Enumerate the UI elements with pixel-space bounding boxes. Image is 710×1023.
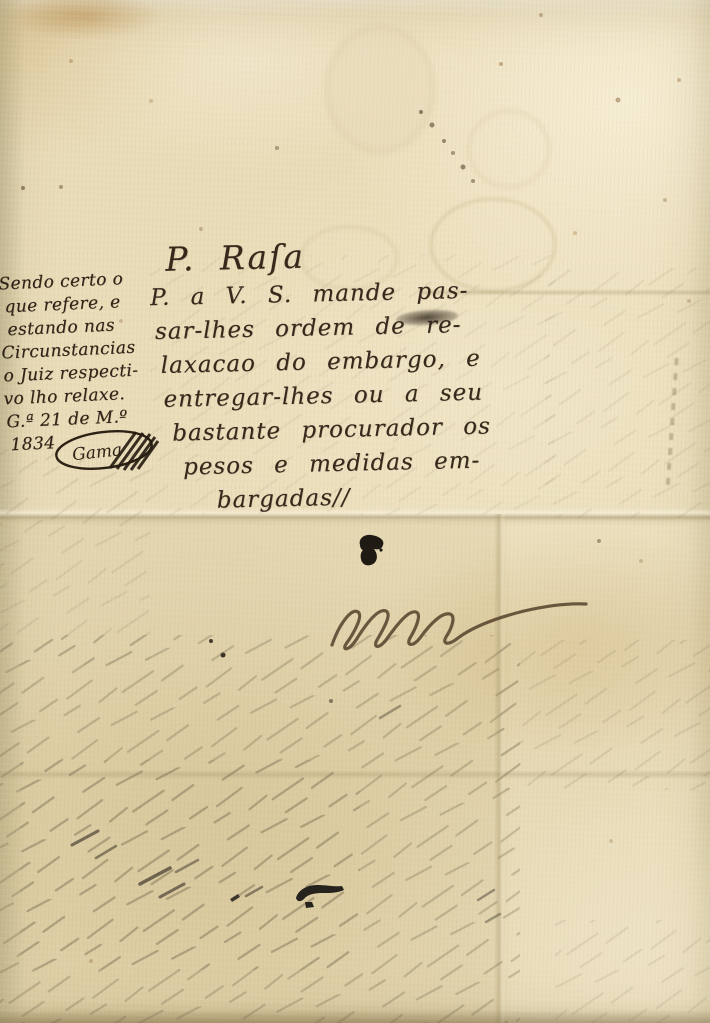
manuscript-page: Gama Sendo certo o que refere, e estando… — [0, 0, 710, 1023]
margin-note: Sendo certo o que refere, e estando nas … — [0, 267, 166, 458]
dark-bleed-strokes — [72, 706, 500, 922]
ink-swoosh-mark — [230, 885, 344, 908]
body-text: P. Raſa P. a V. S. mande pas- sar-lhes o… — [149, 229, 605, 519]
rubric-flourish-signature — [332, 604, 586, 649]
embossed-seal-ghost — [326, 26, 434, 152]
bottom-edge-shadow — [0, 1010, 710, 1023]
fox-spots — [0, 0, 2, 2]
ink-blot — [360, 535, 384, 566]
stain-ring — [468, 110, 550, 188]
horizontal-fold-crease-lower — [0, 770, 710, 779]
vertical-fold-crease — [494, 514, 506, 1023]
stain-dotted-line — [665, 358, 678, 492]
